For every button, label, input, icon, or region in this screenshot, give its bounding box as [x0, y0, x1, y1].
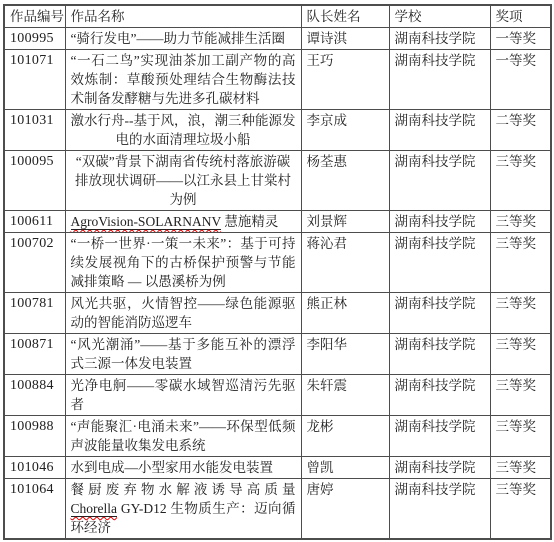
- cell-school: 湖南科技学院: [389, 151, 490, 211]
- document-page: 作品编号作品名称队长姓名学校奖项 100995“骑行发电”——助力节能减排生活圈…: [0, 0, 554, 542]
- cell-work-id: 101071: [4, 50, 65, 110]
- misspelled-term: AgroVision-SOLARNANV: [71, 214, 221, 230]
- column-header-captain: 队长姓名: [301, 5, 389, 28]
- header-row: 作品编号作品名称队长姓名学校奖项: [4, 5, 551, 28]
- title-text: 慧施精灵: [221, 214, 278, 229]
- table-row: 100095“双碳”背景下湖南省传统村落旅游碳排放现状调研——以江永县上甘棠村为…: [4, 151, 551, 211]
- cell-school: 湖南科技学院: [389, 211, 490, 233]
- cell-award: 三等奖: [490, 375, 551, 416]
- column-header-school: 学校: [389, 5, 490, 28]
- cell-award: 一等奖: [490, 28, 551, 50]
- table-row: 101064餐厨废弃物水解液诱导高质量 Chorella GY-D12 生物质生…: [4, 479, 551, 540]
- cell-work-id: 100702: [4, 233, 65, 293]
- cell-work-id: 100988: [4, 416, 65, 457]
- cell-award: 三等奖: [490, 334, 551, 375]
- cell-school: 湖南科技学院: [389, 50, 490, 110]
- table-row: 100884光净电舸——零碳水域智巡清污先驱者朱轩震湖南科技学院三等奖: [4, 375, 551, 416]
- title-text: 餐厨废弃物水解液诱导高质量: [71, 482, 296, 497]
- cell-award: 三等奖: [490, 416, 551, 457]
- cell-school: 湖南科技学院: [389, 110, 490, 151]
- cell-captain-name: 刘景辉: [301, 211, 389, 233]
- cell-school: 湖南科技学院: [389, 293, 490, 334]
- cell-work-id: 100781: [4, 293, 65, 334]
- title-text: “声能聚汇·电涌未来”——环保型低频声波能量收集发电系统: [71, 419, 296, 453]
- cell-school: 湖南科技学院: [389, 334, 490, 375]
- cell-school: 湖南科技学院: [389, 479, 490, 540]
- cell-school: 湖南科技学院: [389, 28, 490, 50]
- title-text: “双碳”背景下湖南省传统村落旅游碳排放现状调研——以江永县上甘棠村为例: [75, 154, 291, 207]
- cell-captain-name: 谭诗淇: [301, 28, 389, 50]
- cell-captain-name: 曾凯: [301, 457, 389, 479]
- table-row: 100611AgroVision-SOLARNANV 慧施精灵刘景辉湖南科技学院…: [4, 211, 551, 233]
- cell-award: 三等奖: [490, 151, 551, 211]
- cell-captain-name: 杨荃惠: [301, 151, 389, 211]
- cell-captain-name: 唐婷: [301, 479, 389, 540]
- table-body: 100995“骑行发电”——助力节能减排生活圈谭诗淇湖南科技学院一等奖10107…: [4, 28, 551, 540]
- cell-school: 湖南科技学院: [389, 233, 490, 293]
- cell-school: 湖南科技学院: [389, 416, 490, 457]
- table-row: 100988“声能聚汇·电涌未来”——环保型低频声波能量收集发电系统龙彬湖南科技…: [4, 416, 551, 457]
- cell-work-id: 100871: [4, 334, 65, 375]
- cell-award: 三等奖: [490, 457, 551, 479]
- cell-captain-name: 龙彬: [301, 416, 389, 457]
- table-row: 101031激水行舟--基于风，浪，潮三种能源发电的水面清理垃圾小船李京成湖南科…: [4, 110, 551, 151]
- column-header-award: 奖项: [490, 5, 551, 28]
- cell-work-title: 激水行舟--基于风，浪，潮三种能源发电的水面清理垃圾小船: [65, 110, 301, 151]
- cell-work-title: 风光共驱，火情智控——绿色能源驱动的智能消防巡逻车: [65, 293, 301, 334]
- table-row: 100871“风光潮涌”——基于多能互补的漂浮式三源一体发电装置李阳华湖南科技学…: [4, 334, 551, 375]
- cell-work-id: 100611: [4, 211, 65, 233]
- table-row: 100702“一桥一世界·一策一未来”：基于可持续发展视角下的古桥保护预警与节能…: [4, 233, 551, 293]
- cell-captain-name: 熊正林: [301, 293, 389, 334]
- cell-school: 湖南科技学院: [389, 457, 490, 479]
- cell-captain-name: 王巧: [301, 50, 389, 110]
- cell-school: 湖南科技学院: [389, 375, 490, 416]
- title-text: “一桥一世界·一策一未来”：基于可持续发展视角下的古桥保护预警与节能减排策略 —…: [71, 236, 296, 289]
- cell-work-id: 100884: [4, 375, 65, 416]
- table-row: 100995“骑行发电”——助力节能减排生活圈谭诗淇湖南科技学院一等奖: [4, 28, 551, 50]
- cell-work-id: 100995: [4, 28, 65, 50]
- title-text: “一石二鸟”实现油茶加工副产物的高效炼制：草酸预处理结合生物酶法技术制备发酵糖与…: [71, 53, 296, 106]
- cell-work-title: AgroVision-SOLARNANV 慧施精灵: [65, 211, 301, 233]
- cell-work-title: 餐厨废弃物水解液诱导高质量 Chorella GY-D12 生物质生产：迈向循环…: [65, 479, 301, 540]
- table-row: 101071“一石二鸟”实现油茶加工副产物的高效炼制：草酸预处理结合生物酶法技术…: [4, 50, 551, 110]
- cell-award: 一等奖: [490, 50, 551, 110]
- cell-award: 三等奖: [490, 479, 551, 540]
- cell-work-title: 光净电舸——零碳水域智巡清污先驱者: [65, 375, 301, 416]
- title-text: 水到电成—小型家用水能发电装置: [71, 460, 274, 475]
- cell-work-title: “风光潮涌”——基于多能互补的漂浮式三源一体发电装置: [65, 334, 301, 375]
- title-text: “骑行发电”——助力节能减排生活圈: [71, 31, 285, 46]
- cell-work-id: 101031: [4, 110, 65, 151]
- cell-work-id: 101046: [4, 457, 65, 479]
- cell-work-title: “双碳”背景下湖南省传统村落旅游碳排放现状调研——以江永县上甘棠村为例: [65, 151, 301, 211]
- column-header-title: 作品名称: [65, 5, 301, 28]
- cell-award: 三等奖: [490, 293, 551, 334]
- cell-captain-name: 李阳华: [301, 334, 389, 375]
- title-text: 光净电舸——零碳水域智巡清污先驱者: [71, 378, 296, 412]
- table-row: 100781风光共驱，火情智控——绿色能源驱动的智能消防巡逻车熊正林湖南科技学院…: [4, 293, 551, 334]
- cell-work-title: “一石二鸟”实现油茶加工副产物的高效炼制：草酸预处理结合生物酶法技术制备发酵糖与…: [65, 50, 301, 110]
- cell-award: 三等奖: [490, 211, 551, 233]
- column-header-id: 作品编号: [4, 5, 65, 28]
- cell-captain-name: 朱轩震: [301, 375, 389, 416]
- cell-work-id: 100095: [4, 151, 65, 211]
- table-row: 101046水到电成—小型家用水能发电装置曾凯湖南科技学院三等奖: [4, 457, 551, 479]
- cell-award: 三等奖: [490, 233, 551, 293]
- title-text: “风光潮涌”——基于多能互补的漂浮式三源一体发电装置: [71, 337, 296, 371]
- cell-work-title: “一桥一世界·一策一未来”：基于可持续发展视角下的古桥保护预警与节能减排策略 —…: [65, 233, 301, 293]
- title-text: 风光共驱，火情智控——绿色能源驱动的智能消防巡逻车: [71, 296, 296, 330]
- misspelled-term: Chorella: [71, 501, 118, 517]
- cell-captain-name: 蒋沁君: [301, 233, 389, 293]
- award-results-table: 作品编号作品名称队长姓名学校奖项 100995“骑行发电”——助力节能减排生活圈…: [3, 4, 552, 540]
- cell-work-title: “骑行发电”——助力节能减排生活圈: [65, 28, 301, 50]
- cell-award: 二等奖: [490, 110, 551, 151]
- cell-work-title: “声能聚汇·电涌未来”——环保型低频声波能量收集发电系统: [65, 416, 301, 457]
- cell-captain-name: 李京成: [301, 110, 389, 151]
- title-text: 激水行舟--基于风，浪，潮三种能源发电的水面清理垃圾小船: [71, 113, 296, 147]
- cell-work-id: 101064: [4, 479, 65, 540]
- cell-work-title: 水到电成—小型家用水能发电装置: [65, 457, 301, 479]
